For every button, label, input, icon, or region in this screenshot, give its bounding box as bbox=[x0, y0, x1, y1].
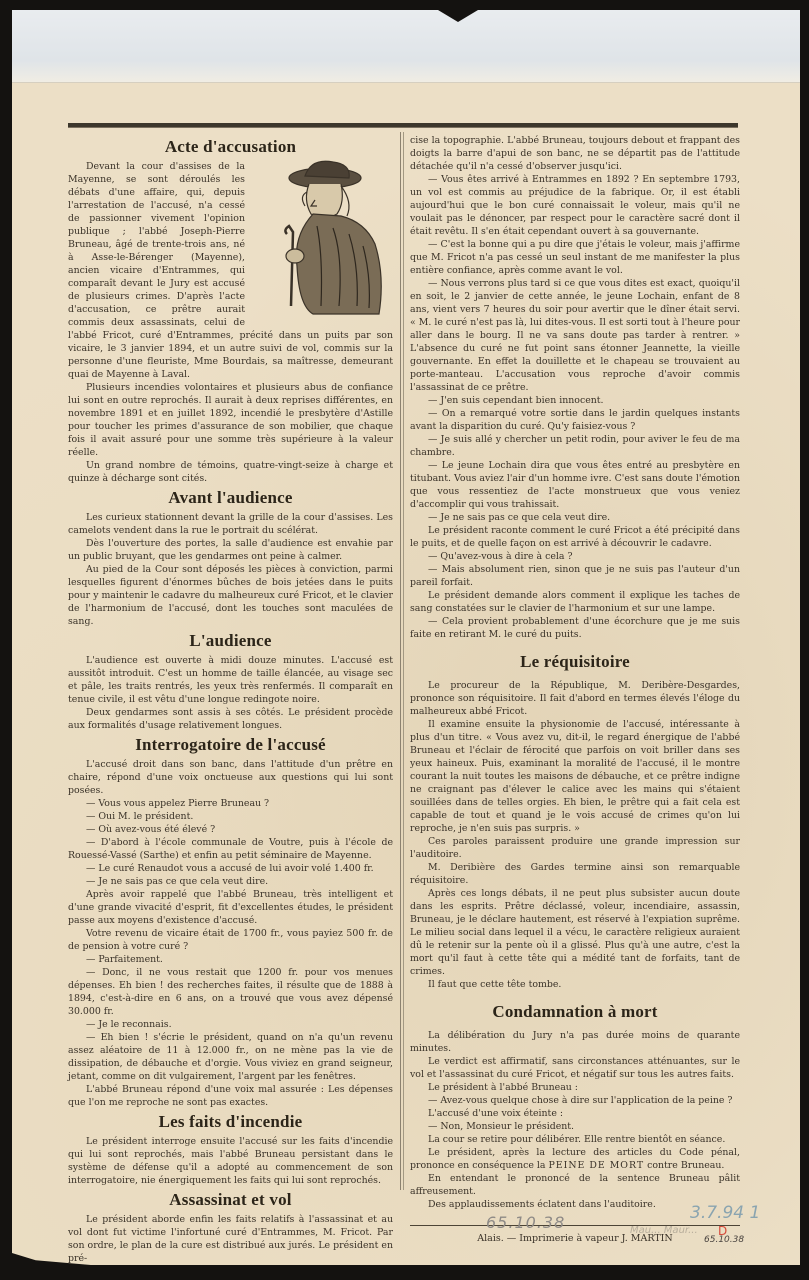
heading-audience: L'audience bbox=[68, 630, 393, 652]
dialogue-line: — Eh bien ! s'écrie le président, quand … bbox=[68, 1031, 393, 1083]
paragraph: Le président demande alors comment il ex… bbox=[410, 589, 740, 615]
paragraph: Le procureur de la République, M. Deribè… bbox=[410, 679, 740, 718]
paragraph: En entendant le prononcé de la sentence … bbox=[410, 1172, 740, 1198]
paragraph: Un grand nombre de témoins, quatre-vingt… bbox=[68, 459, 393, 485]
paragraph: Deux gendarmes sont assis à ses côtés. L… bbox=[68, 706, 393, 732]
paragraph: Après ces longs débats, il ne peut plus … bbox=[410, 887, 740, 978]
dialogue-line: — Je le reconnais. bbox=[68, 1018, 393, 1031]
paragraph: Les curieux stationnent devant la grille… bbox=[68, 511, 393, 537]
dialogue-line: — Non, Monsieur le président. bbox=[410, 1120, 740, 1133]
paragraph: Ces paroles paraissent produire une gran… bbox=[410, 835, 740, 861]
dialogue-line: — Qu'avez-vous à dire à cela ? bbox=[410, 550, 740, 563]
dialogue-line: — Je ne sais pas ce que cela veut dire. bbox=[410, 511, 740, 524]
heading-assassinat-vol: Assassinat et vol bbox=[68, 1189, 393, 1211]
paragraph: Il faut que cette tête tombe. bbox=[410, 978, 740, 991]
heading-condamnation: Condamnation à mort bbox=[410, 1001, 740, 1023]
dialogue-line: — Vous vous appelez Pierre Bruneau ? bbox=[68, 797, 393, 810]
tissue-mount-strip bbox=[12, 10, 800, 83]
heading-interrogatoire: Interrogatoire de l'accusé bbox=[68, 734, 393, 756]
paragraph: Il examine ensuite la physionomie de l'a… bbox=[410, 718, 740, 835]
paragraph: Le verdict est affirmatif, sans circonst… bbox=[410, 1055, 740, 1081]
paragraph: Votre revenu de vicaire était de 1700 fr… bbox=[68, 927, 393, 953]
dialogue-line: — Parfaitement. bbox=[68, 953, 393, 966]
heading-avant-audience: Avant l'audience bbox=[68, 487, 393, 509]
paragraph: Le président aborde enfin les faits rela… bbox=[68, 1213, 393, 1265]
blue-pencil-date: 3.7.94 1 bbox=[690, 1203, 760, 1223]
paragraph: Le président à l'abbé Bruneau : bbox=[410, 1081, 740, 1094]
paragraph: Dès l'ouverture des portes, la salle d'a… bbox=[68, 537, 393, 563]
heading-faits-incendie: Les faits d'incendie bbox=[68, 1111, 393, 1133]
paragraph: Le président raconte comment le curé Fri… bbox=[410, 524, 740, 550]
paragraph: cise la topographie. L'abbé Bruneau, tou… bbox=[410, 134, 740, 173]
dialogue-line: — Oui M. le président. bbox=[68, 810, 393, 823]
dialogue-line: — Le jeune Lochain dira que vous êtes en… bbox=[410, 459, 740, 511]
paragraph: La cour se retire pour délibérer. Elle r… bbox=[410, 1133, 740, 1146]
paragraph: Au pied de la Cour sont déposés les pièc… bbox=[68, 563, 393, 628]
dialogue-line: — C'est la bonne qui a pu dire que j'éta… bbox=[410, 238, 740, 277]
paragraph: Le président interroge ensuite l'accusé … bbox=[68, 1135, 393, 1187]
portrait-illustration bbox=[253, 160, 393, 316]
dialogue-line: — Mais absolument rien, sinon que je ne … bbox=[410, 563, 740, 589]
priest-portrait-icon bbox=[253, 160, 393, 316]
dialogue-line: — Avez-vous quelque chose à dire sur l'a… bbox=[410, 1094, 740, 1107]
faint-pencil-note: Mau... Maur... bbox=[630, 1225, 698, 1236]
dialogue-line: — Donc, il ne vous restait que 1200 fr. … bbox=[68, 966, 393, 1018]
ink-inventory-number: 65.10.38 bbox=[704, 1235, 744, 1245]
right-column: cise la topographie. L'abbé Bruneau, tou… bbox=[410, 134, 740, 1245]
dialogue-line: — Je suis allé y chercher un petit rodin… bbox=[410, 433, 740, 459]
paragraph: L'accusé d'une voix éteinte : bbox=[410, 1107, 740, 1120]
dialogue-line: — Je ne sais pas ce que cela veut dire. bbox=[68, 875, 393, 888]
dialogue-line: — Vous êtes arrivé à Entrammes en 1892 ?… bbox=[410, 173, 740, 238]
dialogue-line: — On a remarqué votre sortie dans le jar… bbox=[410, 407, 740, 433]
tissue-notch bbox=[438, 10, 478, 22]
paragraph: M. Deribière des Gardes termine ainsi so… bbox=[410, 861, 740, 887]
top-rule bbox=[68, 123, 738, 128]
dialogue-line: — Nous verrons plus tard si ce que vous … bbox=[410, 277, 740, 394]
left-column: Acte d'accusation bbox=[68, 134, 393, 1265]
dialogue-line: — Le curé Renaudot vous a accusé de lui … bbox=[68, 862, 393, 875]
dialogue-line: — Cela provient probablement d'une écorc… bbox=[410, 615, 740, 641]
dialogue-line: — D'abord à l'école communale de Voutre,… bbox=[68, 836, 393, 862]
text: contre Bruneau. bbox=[644, 1160, 724, 1171]
paragraph: L'audience est ouverte à midi douze minu… bbox=[68, 654, 393, 706]
dialogue-line: — Où avez-vous été élevé ? bbox=[68, 823, 393, 836]
column-divider bbox=[400, 132, 404, 1190]
paragraph: Plusieurs incendies volontaires et plusi… bbox=[68, 381, 393, 459]
pencil-inventory-number: 65.10.38 bbox=[486, 1213, 565, 1232]
paragraph: L'accusé droit dans son banc, dans l'att… bbox=[68, 758, 393, 797]
heading-requisitoire: Le réquisitoire bbox=[410, 651, 740, 673]
paragraph: L'abbé Bruneau répond d'une voix mal ass… bbox=[68, 1083, 393, 1109]
article-acte-accusation: Devant la cour d'assises de la Mayenne, … bbox=[68, 160, 393, 485]
heading-acte-accusation: Acte d'accusation bbox=[68, 136, 393, 158]
paragraph: La délibération du Jury n'a pas durée mo… bbox=[410, 1029, 740, 1055]
paragraph: Après avoir rappelé que l'abbé Bruneau, … bbox=[68, 888, 393, 927]
dialogue-line: — J'en suis cependant bien innocent. bbox=[410, 394, 740, 407]
paragraph: Le président, après la lecture des artic… bbox=[410, 1146, 740, 1172]
sentence-emphasis: PEINE DE MORT bbox=[548, 1160, 644, 1171]
